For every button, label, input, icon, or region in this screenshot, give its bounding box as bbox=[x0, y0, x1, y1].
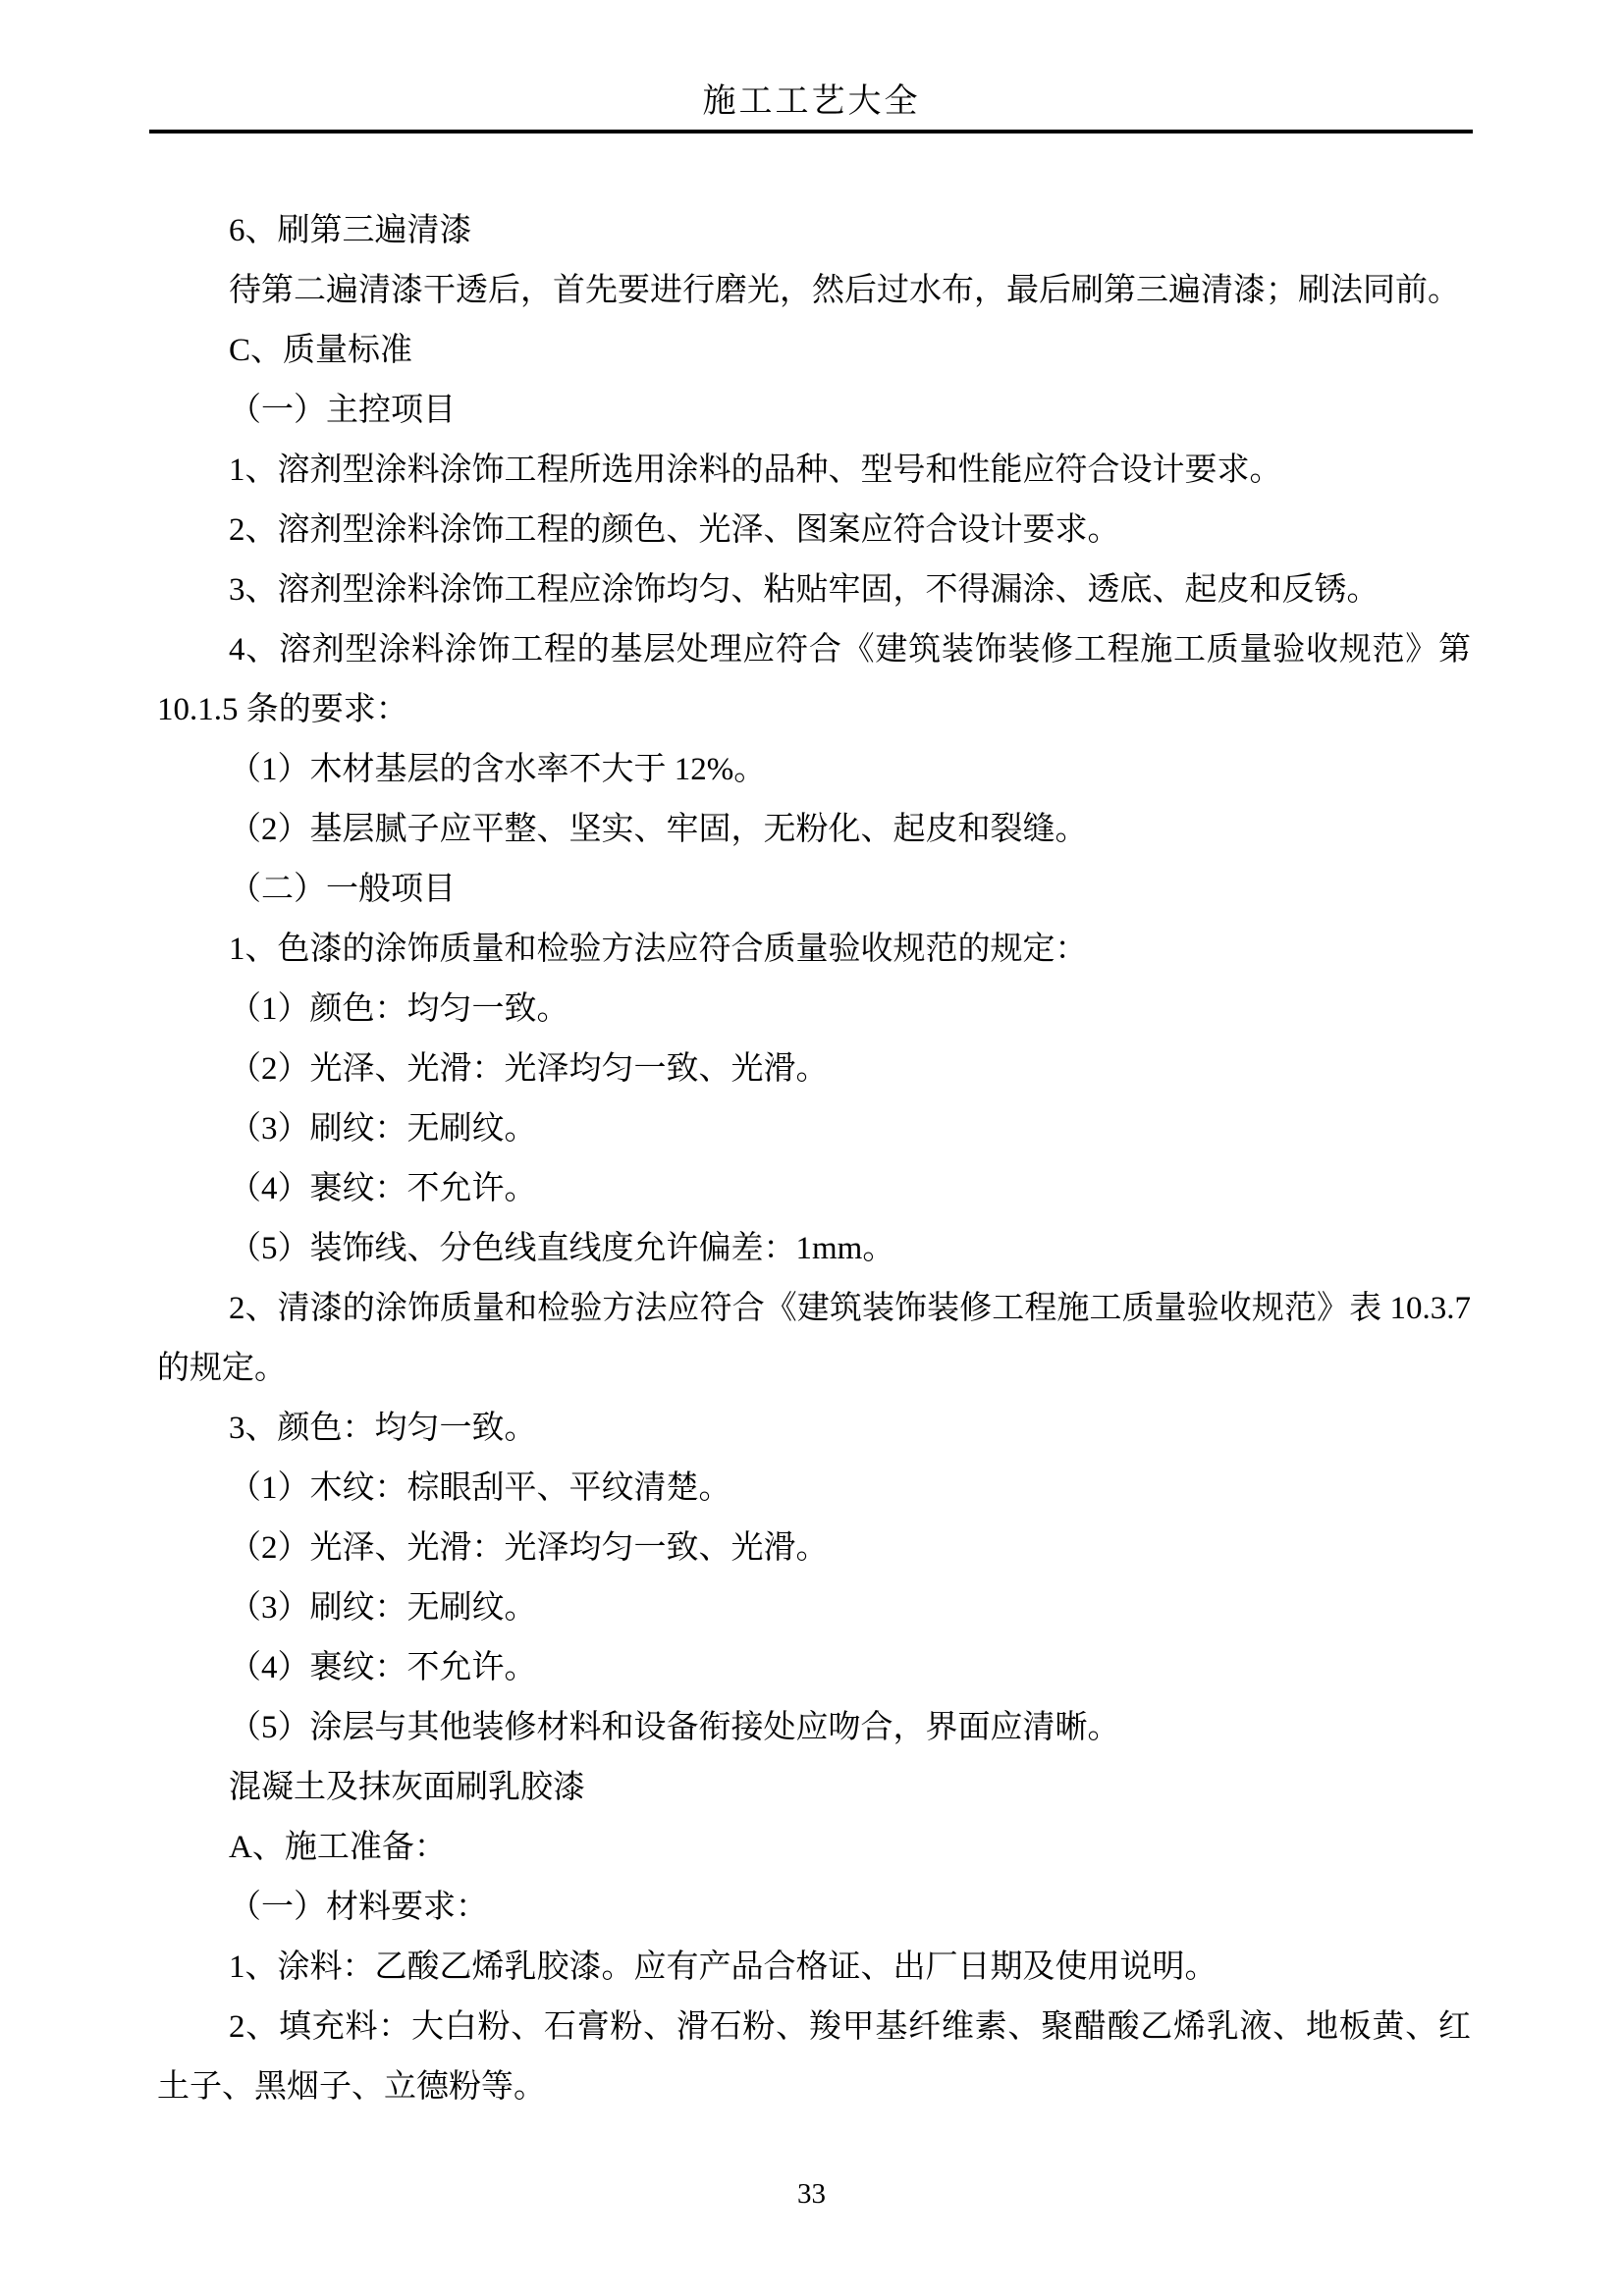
paragraph: 1、涂料：乙酸乙烯乳胶漆。应有产品合格证、出厂日期及使用说明。 bbox=[157, 1938, 1471, 1998]
paragraph: 1、色漆的涂饰质量和检验方法应符合质量验收规范的规定： bbox=[157, 920, 1471, 980]
paragraph: （一）材料要求： bbox=[157, 1878, 1471, 1938]
paragraph: C、质量标准 bbox=[157, 321, 1471, 381]
paragraph: 3、溶剂型涂料涂饰工程应涂饰均匀、粘贴牢固，不得漏涂、透底、起皮和反锈。 bbox=[157, 561, 1471, 620]
document-body: 6、刷第三遍清漆待第二遍清漆干透后，首先要进行磨光，然后过水布，最后刷第三遍清漆… bbox=[157, 201, 1471, 2117]
paragraph: 4、溶剂型涂料涂饰工程的基层处理应符合《建筑装饰装修工程施工质量验收规范》第10… bbox=[157, 620, 1471, 740]
paragraph: 2、溶剂型涂料涂饰工程的颜色、光泽、图案应符合设计要求。 bbox=[157, 501, 1471, 561]
paragraph: （二）一般项目 bbox=[157, 860, 1471, 920]
paragraph: A、施工准备： bbox=[157, 1818, 1471, 1878]
paragraph: （3）刷纹：无刷纹。 bbox=[157, 1099, 1471, 1159]
document-page: 施工工艺大全 6、刷第三遍清漆待第二遍清漆干透后，首先要进行磨光，然后过水布，最… bbox=[0, 0, 1623, 2296]
header-divider-rule bbox=[149, 130, 1473, 133]
paragraph: （4）裹纹：不允许。 bbox=[157, 1638, 1471, 1698]
paragraph: （2）光泽、光滑：光泽均匀一致、光滑。 bbox=[157, 1040, 1471, 1099]
page-header-title: 施工工艺大全 bbox=[0, 82, 1623, 122]
paragraph: （5）涂层与其他装修材料和设备衔接处应吻合，界面应清晰。 bbox=[157, 1698, 1471, 1758]
paragraph: （1）木纹：棕眼刮平、平纹清楚。 bbox=[157, 1459, 1471, 1519]
page-number: 33 bbox=[0, 2177, 1623, 2211]
paragraph: （4）裹纹：不允许。 bbox=[157, 1159, 1471, 1219]
paragraph: （一）主控项目 bbox=[157, 381, 1471, 441]
paragraph: 2、清漆的涂饰质量和检验方法应符合《建筑装饰装修工程施工质量验收规范》表 10.… bbox=[157, 1279, 1471, 1399]
paragraph: 1、溶剂型涂料涂饰工程所选用涂料的品种、型号和性能应符合设计要求。 bbox=[157, 441, 1471, 501]
paragraph: 6、刷第三遍清漆 bbox=[157, 201, 1471, 261]
paragraph: （5）装饰线、分色线直线度允许偏差：1mm。 bbox=[157, 1219, 1471, 1279]
paragraph: 混凝土及抹灰面刷乳胶漆 bbox=[157, 1758, 1471, 1818]
paragraph: 待第二遍清漆干透后，首先要进行磨光，然后过水布，最后刷第三遍清漆；刷法同前。 bbox=[157, 261, 1471, 321]
paragraph: （3）刷纹：无刷纹。 bbox=[157, 1578, 1471, 1638]
paragraph: （2）基层腻子应平整、坚实、牢固，无粉化、起皮和裂缝。 bbox=[157, 800, 1471, 860]
paragraph: （2）光泽、光滑：光泽均匀一致、光滑。 bbox=[157, 1519, 1471, 1578]
paragraph: 2、填充料：大白粉、石膏粉、滑石粉、羧甲基纤维素、聚醋酸乙烯乳液、地板黄、红土子… bbox=[157, 1998, 1471, 2117]
paragraph: 3、颜色：均匀一致。 bbox=[157, 1399, 1471, 1459]
paragraph: （1）颜色：均匀一致。 bbox=[157, 980, 1471, 1040]
paragraph: （1）木材基层的含水率不大于 12%。 bbox=[157, 740, 1471, 800]
